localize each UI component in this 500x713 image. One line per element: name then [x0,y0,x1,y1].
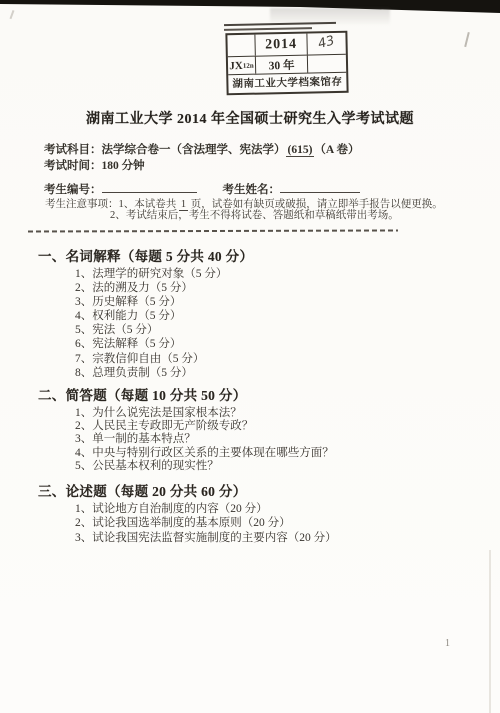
stamp-cell-empty [308,55,346,73]
stamp-year: 2014 [255,34,307,56]
page-number: 1 [445,638,450,649]
section-1-items: 1、法理学的研究对象（5 分） 2、法的溯及力（5 分） 3、历史解释（5 分）… [75,267,227,380]
candidate-info-line: 考生编号：考生姓名： [44,181,360,197]
section-2-items: 1、为什么说宪法是国家根本法？ 2、人民民主专政即无产阶级专政？ 3、单一制的基… [75,407,334,473]
question-item: 6、宪法解释（5 分） [75,337,227,351]
stamp-archive-code: JX12n [228,57,256,75]
section-2-heading: 二、简答题（每题 10 分共 50 分） [38,384,247,404]
notice-line-2: 2、考试结束后，考生不得将试卷、答题纸和草稿纸带出考场。 [110,207,399,222]
question-item: 4、中央与特别行政区关系的主要体现在哪些方面？ [75,447,334,460]
stamp-handwritten-number: 43 [305,28,347,58]
subject-code: (615) [286,144,315,157]
scan-edge-band [0,0,500,14]
stamp-archive-label: 湖南工业大学档案馆存 [228,73,346,92]
question-item: 1、法理学的研究对象（5 分） [75,267,227,281]
question-item: 3、试论我国宪法监督实施制度的主要内容（20 分） [75,531,337,545]
stamp-retention-period: 30 年 [256,56,308,74]
question-item: 1、试论地方自治制度的内容（20 分） [75,502,337,516]
question-item: 7、宗教信仰自由（5 分） [75,352,227,366]
question-item: 2、人民民主专政即无产阶级专政？ [75,420,334,433]
scan-line-artifact [224,27,312,30]
exam-subject-line: 考试科目：法学综合卷一（含法理学、宪法学）(615)（A 卷） [44,141,359,157]
exam-paper-page: 2014 43 JX12n 30 年 湖南工业大学档案馆存 湖南工业大学 201… [0,0,500,713]
question-item: 8、总理负责制（5 分） [75,366,227,380]
question-item: 4、权利能力（5 分） [75,309,227,323]
question-item: 2、法的溯及力（5 分） [75,281,227,295]
question-item: 5、公民基本权利的现实性？ [75,460,334,473]
stamp-code-subscript: 12n [243,61,254,69]
question-item: 3、历史解释（5 分） [75,295,227,309]
question-item: 5、宪法（5 分） [75,323,227,337]
candidate-name-blank-field [280,181,360,193]
candidate-name-label: 考生姓名： [223,184,281,196]
exam-time-line: 考试时间：180 分钟 [44,157,145,173]
question-item: 3、单一制的基本特点？ [75,433,334,446]
section-1-heading: 一、名词解释（每题 5 分共 40 分） [38,245,253,265]
stamp-code-text: JX [229,59,243,71]
dashed-separator [28,230,398,233]
candidate-no-blank-field [102,181,197,193]
time-label: 考试时间： [44,160,102,172]
section-3-items: 1、试论地方自治制度的内容（20 分） 2、试论我国选举制度的基本原则（20 分… [75,502,337,545]
notice-label: 考生注意事项： [45,199,119,210]
candidate-no-label: 考生编号： [44,184,102,196]
subject-value: 法学综合卷一（含法理学、宪法学） [102,144,286,156]
handwritten-stroke [464,32,469,47]
stamp-row: 2014 43 [227,33,345,57]
stamp-cell-empty [227,35,255,57]
subject-label: 考试科目： [44,144,102,156]
subject-paper-version: （A 卷） [314,144,359,156]
question-item: 2、试论我国选举制度的基本原则（20 分） [75,516,337,530]
scan-edge-line [489,550,491,713]
time-value: 180 分钟 [102,160,145,172]
page-title: 湖南工业大学 2014 年全国硕士研究生入学考试试题 [0,108,500,128]
section-3-heading: 三、论述题（每题 20 分共 60 分） [38,480,247,500]
question-item: 1、为什么说宪法是国家根本法？ [75,407,334,420]
archive-stamp-box: 2014 43 JX12n 30 年 湖南工业大学档案馆存 [225,31,348,96]
